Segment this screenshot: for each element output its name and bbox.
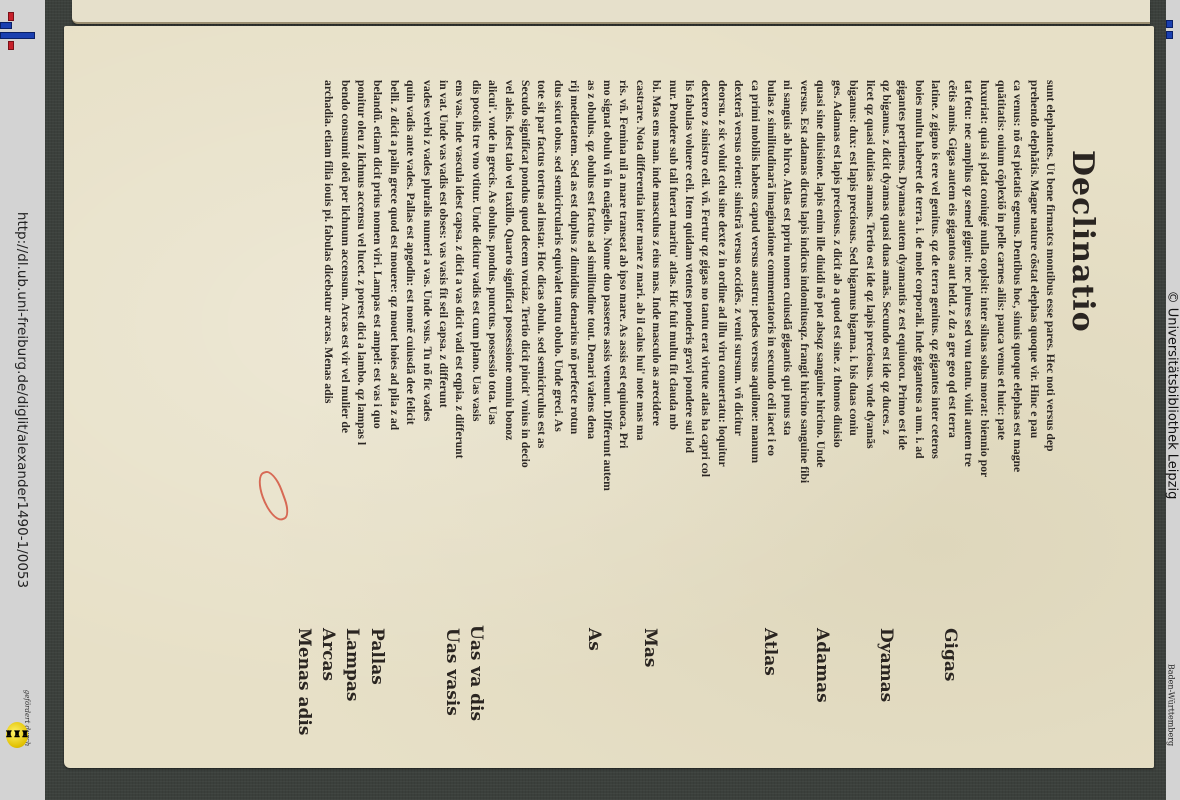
- text-line: tote sit par factus tortus ad instar. Ho…: [533, 80, 549, 491]
- margin-gloss-vas-vasis: Uas vasis: [441, 628, 462, 716]
- text-line: latine. z gigno is ere vel genitus. qz d…: [927, 80, 943, 491]
- text-line: rij medietatem. Sed as est duplus z dimi…: [566, 80, 582, 491]
- state-label: Baden-Württemberg: [1167, 664, 1176, 746]
- text-line: castrare. Nota differentia inter mare z …: [631, 80, 647, 491]
- page-body-text: sunt elephantes. Ut bene firmatcs montib…: [320, 80, 1058, 491]
- margin-gloss-atlas: Atlas: [759, 628, 780, 676]
- margin-gloss-mas: Mas: [639, 628, 660, 667]
- text-line: luxuriat: quia si pdat coniugé nulla cop…: [976, 80, 992, 491]
- text-line: dus sicut obus. sed semicircularis equiv…: [549, 80, 565, 491]
- text-line: nur. Pondere sub tali fuerat maritu' atl…: [664, 80, 680, 491]
- text-line: licet qz quasi duitias amans. Tertio est…: [861, 80, 877, 491]
- page-heading: Declinatio: [1065, 150, 1100, 333]
- text-line: mo signat obulu vñ in euãgelio. Nonne du…: [599, 80, 615, 491]
- margin-gloss-arcas: Arcas: [317, 628, 338, 681]
- text-line: lis fabulas voluere celi. Item quidam vt…: [681, 80, 697, 491]
- permalink-url[interactable]: http://dl.ub.uni-freiburg.de/diglit/alex…: [14, 212, 30, 588]
- margin-gloss-menas: Menas adis: [293, 628, 314, 735]
- text-line: in vat. Unde vas vadis est obses: vas va…: [435, 80, 451, 491]
- text-line: ges. Adamas est lapis preciosus. z dicit…: [828, 80, 844, 491]
- text-line: tat fetu: nec amplius qz semel gignit: n…: [960, 80, 976, 491]
- text-line: sunt elephantes. Ut bene firmatcs montib…: [1042, 80, 1058, 491]
- text-line: Secudo significat pondus quod decem vnci…: [517, 80, 533, 491]
- text-line: belli. z dicit a palin grece quod est mo…: [385, 80, 401, 491]
- text-line: bulas z similitudinarã imaginatione comm…: [763, 80, 779, 491]
- text-line: as z obulus. qz obulus est factus ad sim…: [582, 80, 598, 491]
- text-line: prehendo elephãtis. Magne nature cõstat …: [1025, 80, 1041, 491]
- text-line: ca venus: nõ est pietatis egenus. Dentib…: [1009, 80, 1025, 491]
- text-line: vel aleis. Idest talo vel taxillo. Quart…: [500, 80, 516, 491]
- text-line: biganus: dux: est lapis preciosus. Sed b…: [845, 80, 861, 491]
- text-line: gigantes pertinens. Dyamas autem dyamant…: [894, 80, 910, 491]
- text-line: boies multu haberet de terra. i. de mole…: [910, 80, 926, 491]
- text-line: archadia. etiam filia iouis pi. fabulas …: [320, 80, 336, 491]
- text-line: belandũ. etiam dicit prius nomen viri. L…: [369, 80, 385, 491]
- text-line: quãtitatis: ouium cõplexiõ in pelle carn…: [992, 80, 1008, 491]
- text-line: quin vadis ante vades. Pallas est apgodi…: [402, 80, 418, 491]
- margin-gloss-gigas: Gigas: [939, 628, 960, 681]
- text-line: quasi sine diuisione. lapis enim ille di…: [812, 80, 828, 491]
- colour-bar-icon-right: [1166, 18, 1180, 44]
- margin-gloss-lampas: Lampas: [341, 628, 362, 701]
- text-line: bi. Mas ens man. inde masculus z eius ma…: [648, 80, 664, 491]
- text-line: versus. Est adamas dictus lapis indicus …: [796, 80, 812, 491]
- text-line: bendo consumit oleũ per lichnum accensum…: [336, 80, 352, 491]
- margin-gloss-adamas: Adamas: [811, 628, 832, 703]
- text-line: alicui'. vnde in grecis. As obulus. pond…: [484, 80, 500, 491]
- text-line: deorsu. z sic voluit celu sine dexte z i…: [713, 80, 729, 491]
- text-line: ni sanguis ab hirco. Atlas est ppriu nom…: [779, 80, 795, 491]
- previous-page-edge: [72, 0, 1150, 24]
- text-line: vades verbi z vades pluralis numeri a va…: [418, 80, 434, 491]
- text-line: dexterã versus orient: sinistrã versus o…: [730, 80, 746, 491]
- text-line: dis pocolis tre vno vtitur. Unde dicitur…: [467, 80, 483, 491]
- text-line: cẽtis annis. Gigas autem eis gigantos au…: [943, 80, 959, 491]
- text-line: dextero z sinistro celi. vñ. Fertur qz g…: [697, 80, 713, 491]
- margin-gloss-dyamas: Dyamas: [875, 628, 896, 702]
- margin-gloss-vas-vadis: Uas va dis: [465, 625, 486, 721]
- text-line: ponitur oleu z lichnus accensu vel lucet…: [353, 80, 369, 491]
- margin-gloss-as: As: [583, 628, 604, 651]
- state-coat-of-arms-icon: ♜♜♜: [6, 722, 28, 748]
- text-line: ca primi mobilis habens capud versus aus…: [746, 80, 762, 491]
- text-line: ens vas. inde vascula idest capsa. z dic…: [451, 80, 467, 491]
- colour-bar-icon: [0, 0, 45, 50]
- text-line: qz biganus. z dicit dyamas quasi duas am…: [878, 80, 894, 491]
- margin-gloss-pallas: Pallas: [366, 628, 387, 685]
- text-line: ris. vñ. Femina nil a mare transeat ab i…: [615, 80, 631, 491]
- copyright-leipzig: © Universitätsbibliothek Leipzig: [1165, 291, 1180, 500]
